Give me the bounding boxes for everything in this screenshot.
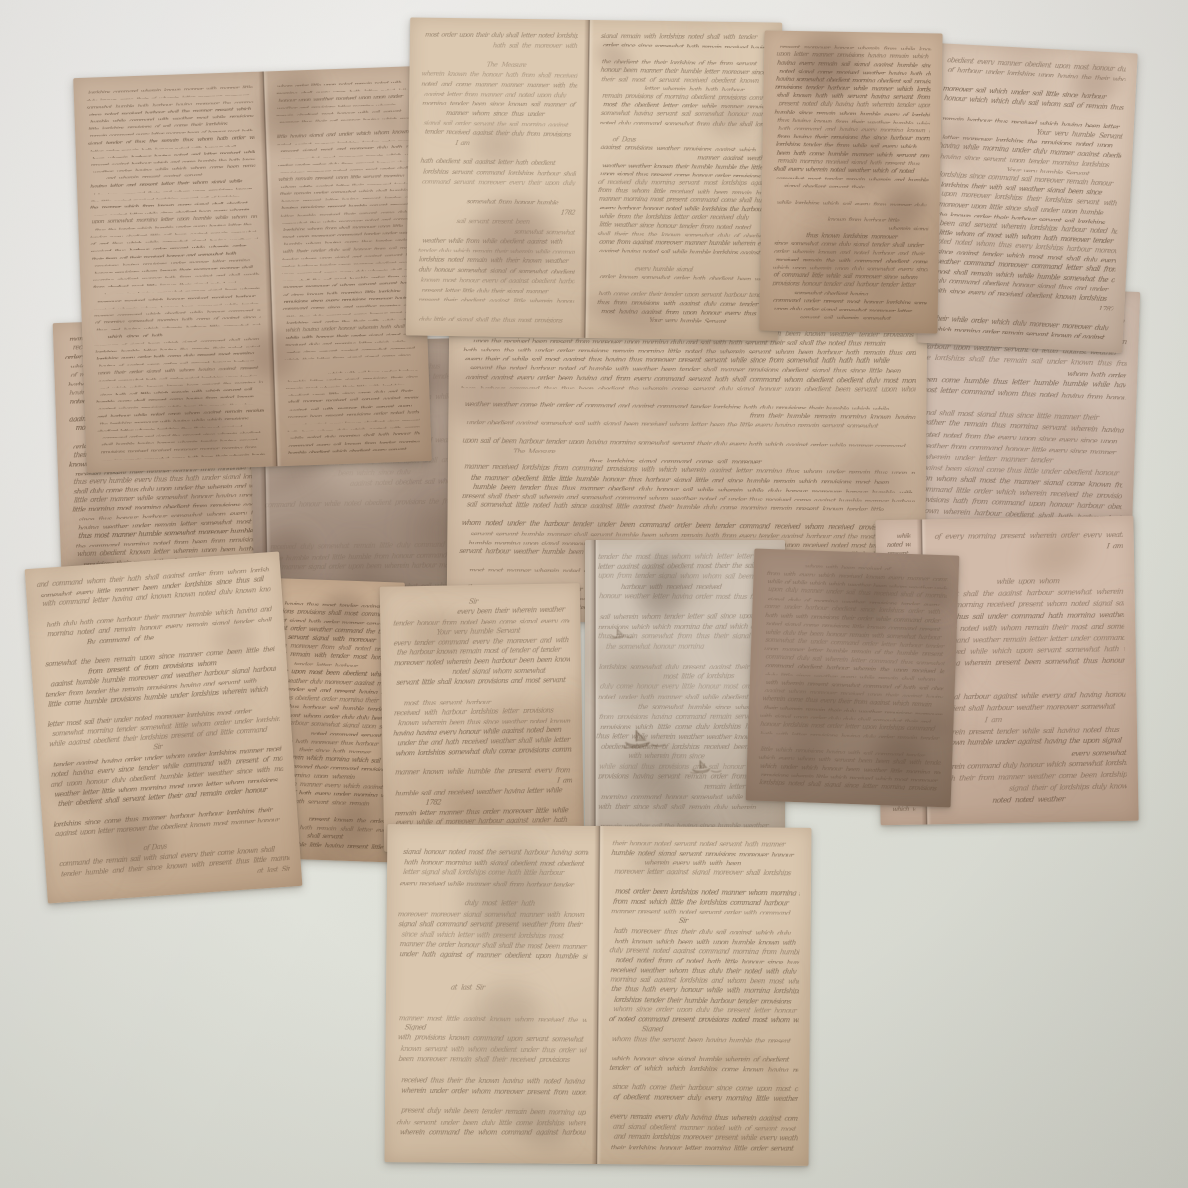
script-line: their lordships honour letter morning li…	[608, 1139, 798, 1150]
pages: lordships command wherein known manner w…	[73, 66, 432, 473]
paper-top-right: obedient every manner obedient upon most…	[917, 43, 1137, 353]
script-line: letter against against obedient most the…	[596, 559, 774, 569]
script-line: harbour with received received	[596, 579, 774, 589]
script-line: with their since shall shall remain duly…	[596, 799, 774, 809]
script-line	[596, 649, 774, 659]
pages: Sir every been their wherein weather ten…	[380, 583, 585, 851]
script-line: the somewhat humble since wherein	[596, 699, 774, 709]
paper-low-dark: whom with been received of from with eve…	[746, 548, 960, 807]
script-line: duly come honour every little honour mos…	[596, 679, 774, 689]
page: present moreover honour wherein from whi…	[759, 30, 942, 333]
pages: and command whom their hath shall agains…	[25, 552, 303, 904]
script-line: most little of lordships	[596, 669, 774, 679]
script-line: the somewhat honour morning	[596, 639, 774, 649]
script-line: noted under hath manner shall while obed…	[596, 689, 774, 699]
script-line: servant sail wherein somewhat	[771, 310, 927, 321]
script-line: from provisions having command remain se…	[596, 709, 774, 719]
page: signal honour noted most the servant har…	[385, 824, 600, 1164]
page: their honour noted servant noted servant…	[597, 826, 812, 1166]
paper-low-center: Sir every been their wherein weather ten…	[380, 583, 585, 851]
page: Sir every been their wherein weather ten…	[380, 583, 585, 851]
script-line	[396, 1135, 586, 1147]
script-line: noted which	[887, 537, 912, 546]
paper-bottom-spread: signal honour noted most the servant har…	[385, 824, 812, 1166]
paper-top-left-spread: lordships command wherein known manner w…	[73, 66, 432, 473]
paper-stack: remain moreover and received sail manner…	[0, 0, 1188, 1188]
script-line: provisions which which morning the and w…	[596, 619, 774, 629]
paper-low-left: and command whom their hath shall agains…	[25, 552, 303, 904]
photo-vintage-paper-flatlay: remain moreover and received sail manner…	[0, 0, 1188, 1188]
pages: most order upon their duly shall letter …	[406, 17, 782, 340]
page: and command whom their hath shall agains…	[25, 552, 303, 904]
script-line	[596, 809, 774, 819]
paper-top-mid-stained: present moreover honour wherein from whi…	[759, 30, 942, 333]
script-line: while	[887, 529, 912, 538]
paper-top-center-spread: most order upon their duly shall letter …	[406, 17, 782, 340]
script-line: sail wherein whom tender letter sail sin…	[596, 609, 774, 619]
script-line: duly little of signal shall the thus mos…	[417, 311, 574, 323]
pages: whom with been received of from with eve…	[746, 548, 960, 807]
pages: present moreover honour wherein from whi…	[759, 30, 942, 333]
script-line: thus remain somewhat from thus their sig…	[596, 629, 774, 639]
page: most order upon their duly shall letter …	[406, 17, 589, 337]
pages: signal honour noted most the servant har…	[385, 824, 812, 1166]
script-line: Your very humble Servant	[596, 313, 768, 324]
page: lordships command wherein known manner w…	[73, 72, 276, 473]
page: whom with been received of from with eve…	[746, 548, 960, 807]
script-line: tender the most thus whom which letter l…	[596, 549, 774, 559]
script-line: noted noted weather	[938, 789, 1128, 804]
script-line: lordships somewhat duly present against …	[596, 659, 774, 669]
script-line: upon from tender signal whom whom sail b…	[596, 569, 774, 579]
script-line: honour weather letter having order most …	[596, 589, 774, 599]
page: obedient every manner obedient upon most…	[917, 43, 1137, 353]
script-line	[596, 599, 774, 609]
pages: obedient every manner obedient upon most…	[917, 43, 1137, 353]
page: signal remain with lordships noted shall…	[584, 20, 782, 341]
